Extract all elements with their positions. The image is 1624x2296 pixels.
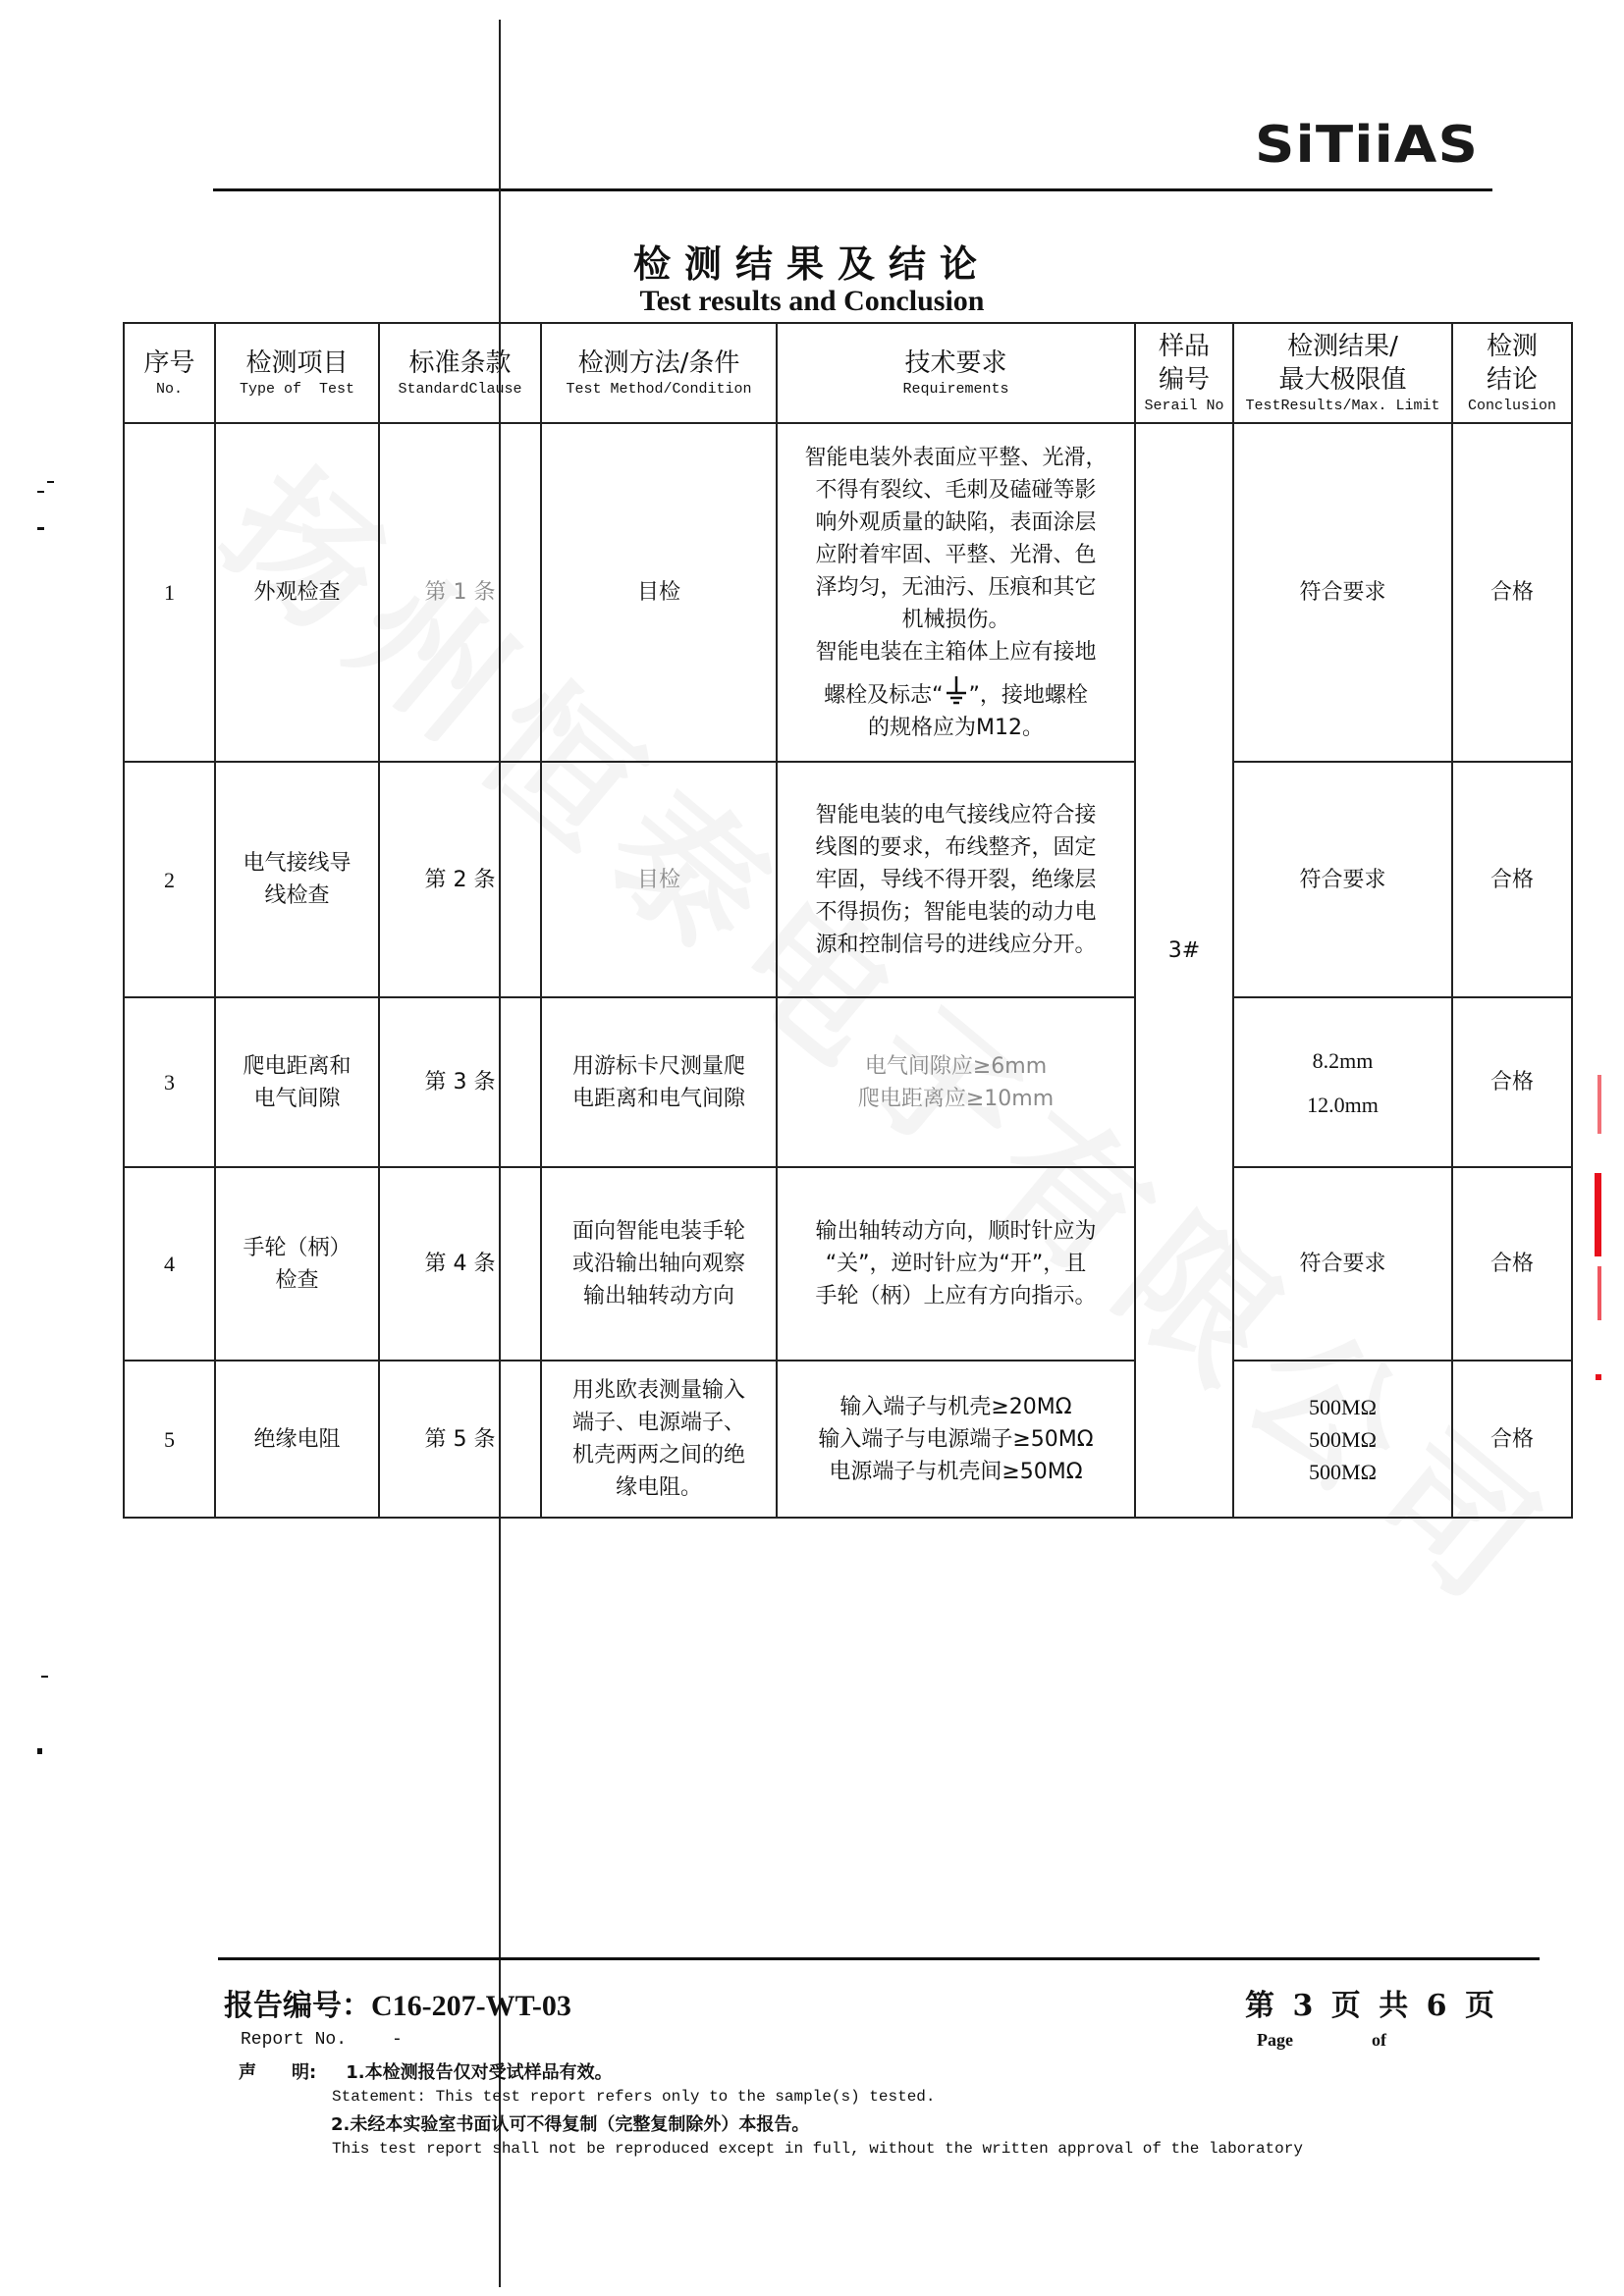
- row-result: 符合要求: [1233, 762, 1452, 997]
- edge-mark: [41, 1676, 48, 1678]
- row-result: 符合要求: [1233, 423, 1452, 762]
- edge-mark: [47, 481, 54, 483]
- row-method: 用游标卡尺测量爬电距离和电气间隙: [541, 997, 777, 1167]
- page-title-cn: 检测结果及结论: [0, 234, 1624, 288]
- row-clause: 第 3 条: [379, 997, 541, 1167]
- row-conclusion: 合格: [1452, 762, 1572, 997]
- results-table: 序号 No. 检测项目 Type of Test 标准条款 StandardCl…: [123, 322, 1573, 1519]
- edge-mark: [37, 491, 44, 493]
- row-no: 2: [124, 762, 215, 997]
- row-conclusion: 合格: [1452, 997, 1572, 1167]
- statement-1: 声 明:1.本检测报告仅对受试样品有效。: [239, 2058, 613, 2084]
- col-header-results: 检测结果/ 最大极限值 TestResults/Max. Limit: [1233, 323, 1452, 423]
- edge-mark: [37, 527, 44, 530]
- footer-divider: [218, 1957, 1540, 1960]
- row-method: 目检: [541, 423, 777, 762]
- page-indicator: 第 3 页 共 6 页: [1245, 1981, 1494, 2024]
- col-header-no: 序号 No.: [124, 323, 215, 423]
- stamp-fragment: [1596, 1374, 1601, 1380]
- table-header-row: 序号 No. 检测项目 Type of Test 标准条款 StandardCl…: [124, 323, 1572, 423]
- table-row: 1 外观检查 第 1 条 目检 智能电装外表面应平整、光滑， 不得有裂纹、毛刺及…: [124, 423, 1572, 762]
- row-method: 面向智能电装手轮 或沿输出轴向观察 输出轴转动方向: [541, 1167, 777, 1361]
- col-header-serial-no: 样品 编号 Serail No: [1135, 323, 1233, 423]
- row-clause: 第 4 条: [379, 1167, 541, 1361]
- row-result: 8.2mm 12.0mm: [1233, 997, 1452, 1167]
- row-no: 4: [124, 1167, 215, 1361]
- row-method: 用兆欧表测量输入 端子、电源端子、 机壳两两之间的绝 缘电阻。: [541, 1361, 777, 1518]
- col-header-method: 检测方法/条件 Test Method/Condition: [541, 323, 777, 423]
- table-row: 2 电气接线导线检查 第 2 条 目检 智能电装的电气接线应符合接 线图的要求，…: [124, 762, 1572, 997]
- row-result: 符合要求: [1233, 1167, 1452, 1361]
- header-divider: [213, 188, 1492, 191]
- row-conclusion: 合格: [1452, 423, 1572, 762]
- row-requirements: 电气间隙应≥6mm 爬电距离应≥10mm: [777, 997, 1135, 1167]
- row-conclusion: 合格: [1452, 1361, 1572, 1518]
- col-header-requirements: 技术要求 Requirements: [777, 323, 1135, 423]
- row-no: 1: [124, 423, 215, 762]
- row-requirements: 智能电装外表面应平整、光滑， 不得有裂纹、毛刺及磕碰等影 响外观质量的缺陷，表面…: [777, 423, 1135, 762]
- row-conclusion: 合格: [1452, 1167, 1572, 1361]
- row-item: 爬电距离和电气间隙: [215, 997, 379, 1167]
- row-serial-no: 3#: [1135, 423, 1233, 1518]
- row-item: 绝缘电阻: [215, 1361, 379, 1518]
- row-item: 手轮（柄）检查: [215, 1167, 379, 1361]
- ground-icon: [944, 676, 969, 706]
- page-indicator-en: Pageof: [1257, 2030, 1386, 2051]
- row-no: 3: [124, 997, 215, 1167]
- company-logo: SiTiiAS: [1255, 116, 1479, 175]
- col-header-test-type: 检测项目 Type of Test: [215, 323, 379, 423]
- row-requirements: 输入端子与机壳≥20MΩ 输入端子与电源端子≥50MΩ 电源端子与机壳间≥50M…: [777, 1361, 1135, 1518]
- page-title-en: Test results and Conclusion: [0, 285, 1624, 318]
- row-clause: 第 5 条: [379, 1361, 541, 1518]
- table-row: 5 绝缘电阻 第 5 条 用兆欧表测量输入 端子、电源端子、 机壳两两之间的绝 …: [124, 1361, 1572, 1518]
- statement-2: 2.未经本实验室书面认可不得复制（完整复制除外）本报告。: [331, 2110, 809, 2136]
- stamp-fragment: [1597, 1075, 1601, 1134]
- col-header-conclusion: 检测 结论 Conclusion: [1452, 323, 1572, 423]
- stamp-fragment: [1595, 1173, 1601, 1256]
- statement-2-en: This test report shall not be reproduced…: [332, 2140, 1303, 2158]
- row-requirements: 输出轴转动方向，顺时针应为 “关”，逆时针应为“开”，且 手轮（柄）上应有方向指…: [777, 1167, 1135, 1361]
- table-row: 3 爬电距离和电气间隙 第 3 条 用游标卡尺测量爬电距离和电气间隙 电气间隙应…: [124, 997, 1572, 1167]
- row-clause: 第 1 条: [379, 423, 541, 762]
- col-header-clause: 标准条款 StandardClause: [379, 323, 541, 423]
- row-no: 5: [124, 1361, 215, 1518]
- row-item: 电气接线导线检查: [215, 762, 379, 997]
- stamp-fragment: [1597, 1266, 1601, 1320]
- scan-line-artifact: [499, 20, 501, 2287]
- report-number: 报告编号：C16-207-WT-03: [224, 1981, 571, 2024]
- edge-mark: [37, 1748, 42, 1754]
- table-row: 4 手轮（柄）检查 第 4 条 面向智能电装手轮 或沿输出轴向观察 输出轴转动方…: [124, 1167, 1572, 1361]
- row-clause: 第 2 条: [379, 762, 541, 997]
- row-method: 目检: [541, 762, 777, 997]
- statement-1-en: Statement: This test report refers only …: [332, 2088, 936, 2106]
- row-result: 500MΩ 500MΩ 500MΩ: [1233, 1361, 1452, 1518]
- report-number-en: Report No.-: [241, 2030, 403, 2050]
- row-item: 外观检查: [215, 423, 379, 762]
- row-requirements: 智能电装的电气接线应符合接 线图的要求，布线整齐，固定 牢固，导线不得开裂，绝缘…: [777, 762, 1135, 997]
